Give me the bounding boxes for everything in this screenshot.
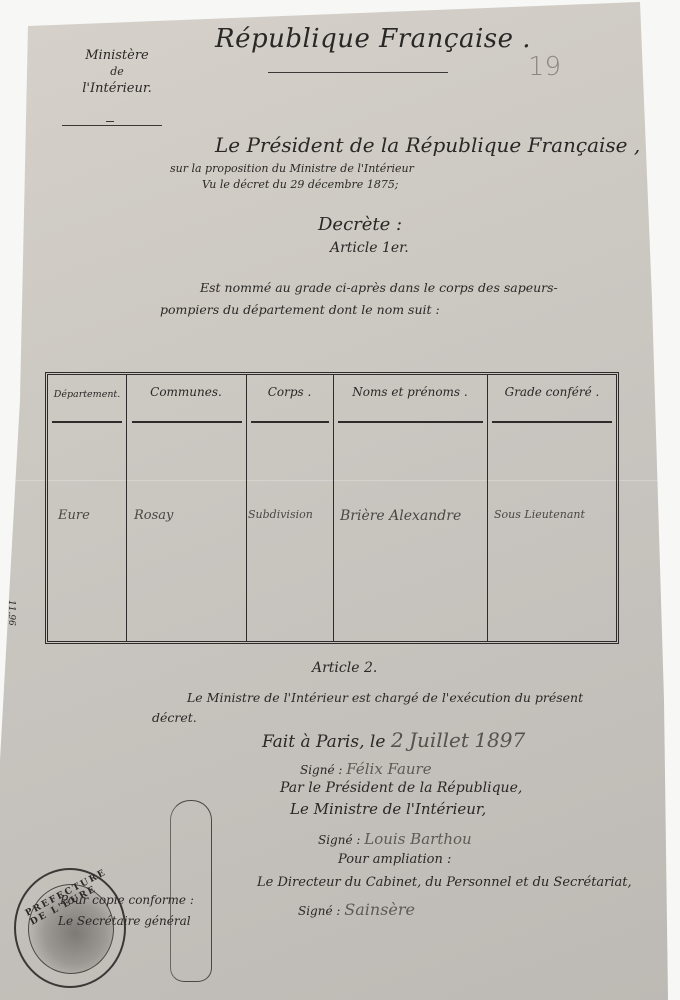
- date-day: 2: [391, 728, 404, 752]
- signatory-directeur: Sainsère: [344, 900, 415, 919]
- prefecture-stamp: PREFECTURE DE L'EURE: [14, 868, 126, 988]
- date-month: Juillet: [409, 728, 469, 752]
- header-departement: Département.: [48, 389, 126, 400]
- header-corps: Corps .: [246, 385, 333, 399]
- cell-commune: Rosay: [134, 508, 173, 523]
- cell-noms: Brière Alexandre: [340, 508, 461, 524]
- signature-line-directeur: Signé : Sainsère: [298, 900, 415, 919]
- title-underline: [268, 72, 448, 73]
- article-2-text-line-1: Le Ministre de l'Intérieur est chargé de…: [187, 690, 583, 705]
- par-le-president: Par le Président de la République,: [280, 780, 522, 796]
- decrete-heading: Decrète :: [318, 214, 402, 235]
- secretaire-general: Le Secrétaire général: [58, 914, 191, 928]
- signatory-ministre: Louis Barthou: [364, 830, 471, 848]
- folio-number: 19: [528, 52, 561, 82]
- signe-label: Signé :: [300, 763, 342, 777]
- signe-label: Signé :: [298, 904, 340, 918]
- article-2-heading: Article 2.: [312, 660, 377, 676]
- signature-line-ministre: Signé : Louis Barthou: [318, 830, 472, 848]
- proposition-line: sur la proposition du Ministre de l'Inté…: [170, 162, 414, 175]
- copie-conforme: Pour copie conforme :: [60, 893, 194, 907]
- pour-ampliation: Pour ampliation :: [338, 852, 451, 867]
- signe-label: Signé :: [318, 833, 360, 847]
- article-1-text-line-2: pompiers du département dont le nom suit…: [160, 302, 440, 317]
- article-2-text-line-2: décret.: [152, 710, 197, 725]
- article-1-text-line-1: Est nommé au grade ci-après dans le corp…: [200, 280, 558, 295]
- header-rule: [251, 421, 329, 423]
- ministry-rule-mark: [106, 121, 114, 126]
- cell-departement: Eure: [58, 508, 90, 523]
- header-rule: [338, 421, 483, 423]
- vu-decret-line: Vu le décret du 29 décembre 1875;: [202, 178, 399, 191]
- header-rule: [492, 421, 612, 423]
- ministry-line-2: de: [58, 65, 176, 79]
- ministry-heading: Ministère de l'Intérieur.: [58, 46, 176, 98]
- document-title: République Française .: [215, 24, 531, 54]
- fait-prefix: Fait à Paris, le: [262, 732, 385, 752]
- header-rule: [52, 421, 122, 423]
- document-paper: Ministère de l'Intérieur. République Fra…: [0, 0, 680, 1000]
- side-annotation: 11.96: [6, 600, 16, 626]
- signature-line-president: Signé : Félix Faure: [300, 760, 432, 778]
- president-heading: Le Président de la République Française …: [215, 133, 640, 157]
- signatory-president: Félix Faure: [346, 760, 431, 778]
- header-grade: Grade conféré .: [487, 385, 617, 399]
- ministry-line-1: Ministère: [58, 46, 176, 65]
- fait-a-paris-line: Fait à Paris, le 2 Juillet 1897: [262, 728, 525, 752]
- ministre-line: Le Ministre de l'Intérieur,: [290, 800, 486, 818]
- directeur-line: Le Directeur du Cabinet, du Personnel et…: [257, 875, 632, 890]
- ministry-line-3: l'Intérieur.: [58, 79, 176, 98]
- header-communes: Communes.: [126, 385, 246, 399]
- header-rule: [132, 421, 242, 423]
- flourish-signature: [170, 800, 212, 982]
- nomination-table: Département. Communes. Corps . Noms et p…: [45, 372, 619, 644]
- article-1-heading: Article 1er.: [330, 240, 409, 256]
- cell-corps: Subdivision: [248, 508, 313, 521]
- header-noms: Noms et prénoms .: [333, 385, 487, 399]
- date-year: 1897: [474, 728, 525, 752]
- cell-grade: Sous Lieutenant: [494, 508, 585, 521]
